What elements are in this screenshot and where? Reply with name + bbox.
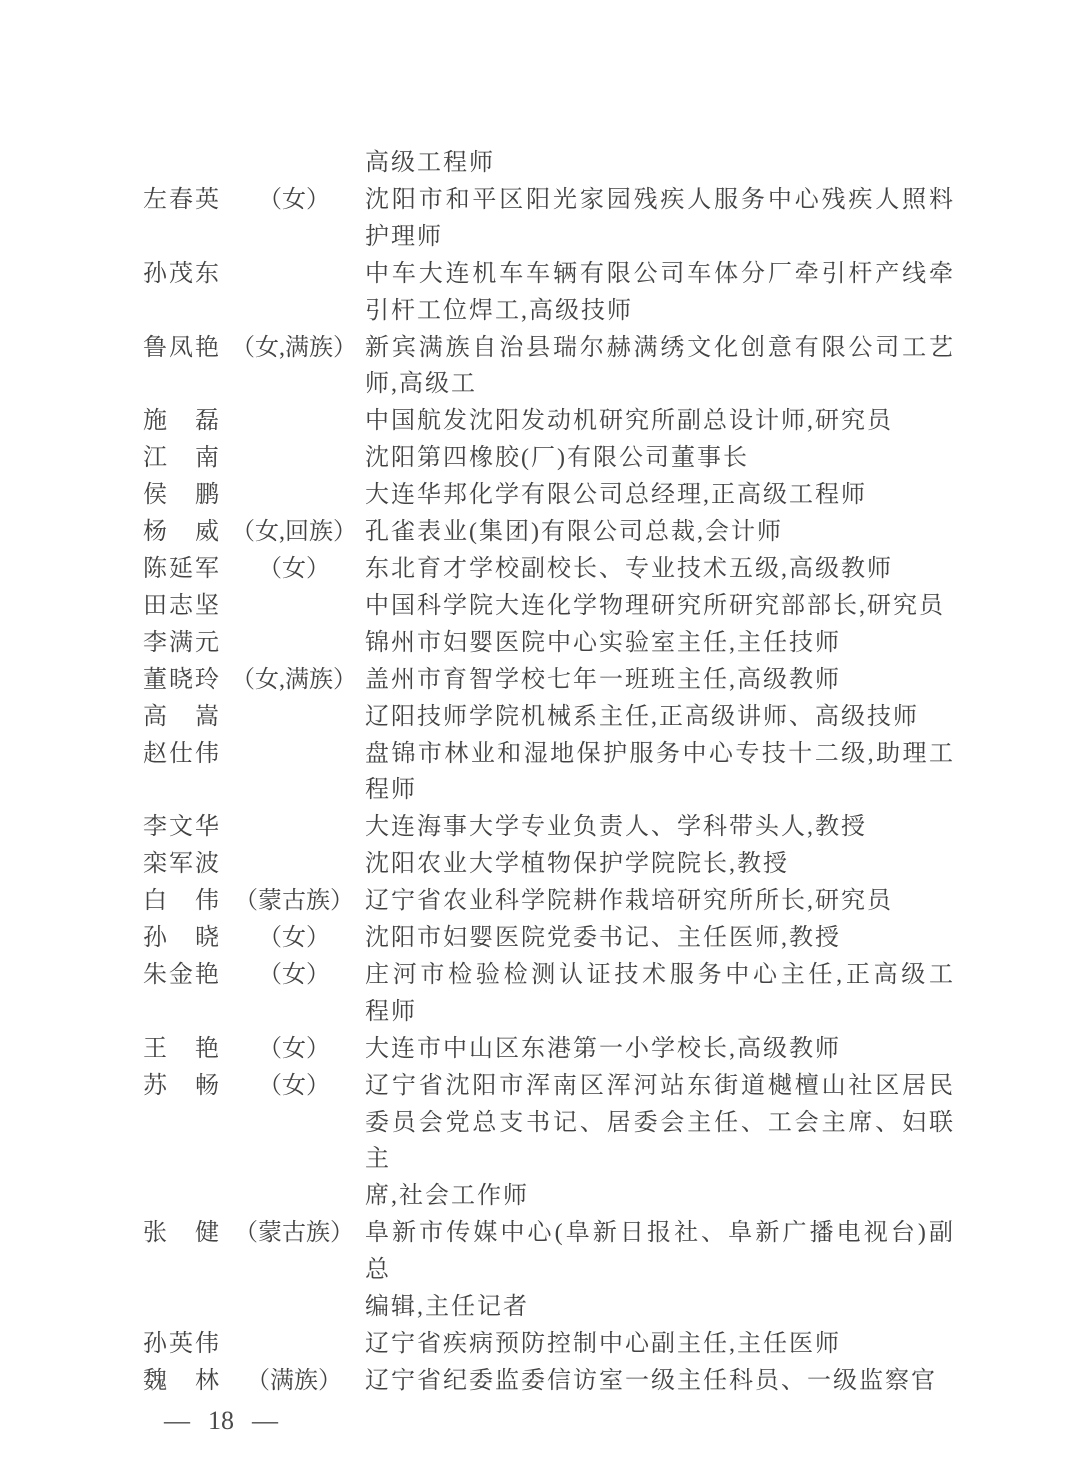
person-entry: 董晓玲（女,满族）盖州市育智学校七年一班班主任,高级教师 — [143, 662, 955, 699]
page-footer: — 18 — — [164, 1406, 960, 1436]
person-name: 田志坚 — [143, 588, 223, 625]
person-description: 孔雀表业(集团)有限公司总裁,会计师 — [365, 514, 955, 551]
person-description: 大连海事大学专业负责人、学科带头人,教授 — [365, 809, 955, 846]
person-description-line: 沈阳第四橡胶(厂)有限公司董事长 — [365, 440, 955, 477]
person-description: 沈阳农业大学植物保护学院院长,教授 — [365, 846, 955, 883]
person-name: 侯 鹏 — [143, 477, 223, 514]
person-description: 沈阳第四橡胶(厂)有限公司董事长 — [365, 440, 955, 477]
person-entry: 孙英伟辽宁省疾病预防控制中心副主任,主任医师 — [143, 1326, 955, 1363]
person-description-line: 东北育才学校副校长、专业技术五级,高级教师 — [365, 551, 955, 588]
person-annotation: （女,满族） — [223, 330, 365, 367]
person-description-line: 辽宁省农业科学院耕作栽培研究所所长,研究员 — [365, 883, 955, 920]
person-description: 沈阳市妇婴医院党委书记、主任医师,教授 — [365, 920, 955, 957]
person-description-line: 席,社会工作师 — [365, 1178, 955, 1215]
person-annotation: （蒙古族） — [223, 883, 365, 920]
person-name: 左春英 — [143, 182, 223, 219]
person-name: 魏 林 — [143, 1363, 223, 1400]
footer-dash-right: — — [252, 1406, 278, 1436]
person-description-line: 引杆工位焊工,高级技师 — [365, 293, 955, 330]
person-description-line: 孔雀表业(集团)有限公司总裁,会计师 — [365, 514, 955, 551]
person-description: 庄河市检验检测认证技术服务中心主任,正高级工程师 — [365, 957, 955, 1031]
person-description-line: 程师 — [365, 772, 955, 809]
person-entry: 高 嵩辽阳技师学院机械系主任,正高级讲师、高级技师 — [143, 699, 955, 736]
person-entry: 赵仕伟盘锦市林业和湿地保护服务中心专技十二级,助理工程师 — [143, 736, 955, 810]
person-name: 张 健 — [143, 1215, 223, 1252]
person-description: 中国科学院大连化学物理研究所研究部部长,研究员 — [365, 588, 955, 625]
person-entry: 田志坚中国科学院大连化学物理研究所研究部部长,研究员 — [143, 588, 955, 625]
person-description: 盖州市育智学校七年一班班主任,高级教师 — [365, 662, 955, 699]
person-description-line: 大连市中山区东港第一小学校长,高级教师 — [365, 1031, 955, 1068]
footer-dash-left: — — [164, 1406, 190, 1436]
person-description: 辽宁省纪委监委信访室一级主任科员、一级监察官 — [365, 1363, 955, 1400]
person-name: 赵仕伟 — [143, 736, 223, 773]
person-name: 栾军波 — [143, 846, 223, 883]
person-description-line: 庄河市检验检测认证技术服务中心主任,正高级工 — [365, 957, 955, 994]
person-name: 朱金艳 — [143, 957, 223, 994]
person-entry: 苏 畅（女）辽宁省沈阳市浑南区浑河站东街道樾檀山社区居民委员会党总支书记、居委会… — [143, 1068, 955, 1216]
person-annotation: （女,满族） — [223, 662, 365, 699]
person-entry: 白 伟（蒙古族）辽宁省农业科学院耕作栽培研究所所长,研究员 — [143, 883, 955, 920]
person-name: 王 艳 — [143, 1031, 223, 1068]
person-description-line: 程师 — [365, 994, 955, 1031]
person-description-line: 阜新市传媒中心(阜新日报社、阜新广播电视台)副总 — [365, 1215, 955, 1289]
person-description-line: 委员会党总支书记、居委会主任、工会主席、妇联主 — [365, 1105, 955, 1179]
person-annotation: （女） — [223, 920, 365, 957]
person-annotation: （女） — [223, 1031, 365, 1068]
person-name: 孙英伟 — [143, 1326, 223, 1363]
person-entry: 杨 威（女,回族）孔雀表业(集团)有限公司总裁,会计师 — [143, 514, 955, 551]
person-description: 阜新市传媒中心(阜新日报社、阜新广播电视台)副总编辑,主任记者 — [365, 1215, 955, 1326]
person-entry: 王 艳（女）大连市中山区东港第一小学校长,高级教师 — [143, 1031, 955, 1068]
person-entry: 魏 林（满族）辽宁省纪委监委信访室一级主任科员、一级监察官 — [143, 1363, 955, 1400]
person-entry: 侯 鹏大连华邦化学有限公司总经理,正高级工程师 — [143, 477, 955, 514]
person-description: 新宾满族自治县瑞尔赫满绣文化创意有限公司工艺师,高级工 — [365, 330, 955, 404]
person-name: 施 磊 — [143, 403, 223, 440]
person-annotation: （女,回族） — [223, 514, 365, 551]
person-entry: 李满元锦州市妇婴医院中心实验室主任,主任技师 — [143, 625, 955, 662]
person-entry: 施 磊中国航发沈阳发动机研究所副总设计师,研究员 — [143, 403, 955, 440]
person-description-line: 新宾满族自治县瑞尔赫满绣文化创意有限公司工艺 — [365, 330, 955, 367]
person-description-line: 辽宁省疾病预防控制中心副主任,主任医师 — [365, 1326, 955, 1363]
person-annotation: （女） — [223, 551, 365, 588]
person-name: 高 嵩 — [143, 699, 223, 736]
person-annotation: （女） — [223, 957, 365, 994]
person-description-line: 辽宁省纪委监委信访室一级主任科员、一级监察官 — [365, 1363, 955, 1400]
person-name: 白 伟 — [143, 883, 223, 920]
person-description-line: 中车大连机车车辆有限公司车体分厂牵引杆产线牵 — [365, 256, 955, 293]
person-description-line: 大连华邦化学有限公司总经理,正高级工程师 — [365, 477, 955, 514]
person-description-line: 沈阳市和平区阳光家园残疾人服务中心残疾人照料 — [365, 182, 955, 219]
person-description-line: 锦州市妇婴医院中心实验室主任,主任技师 — [365, 625, 955, 662]
document-page: 高级工程师左春英（女）沈阳市和平区阳光家园残疾人服务中心残疾人照料护理师孙茂东中… — [0, 0, 1080, 1475]
person-description-line: 沈阳农业大学植物保护学院院长,教授 — [365, 846, 955, 883]
person-entry: 江 南沈阳第四橡胶(厂)有限公司董事长 — [143, 440, 955, 477]
person-name: 李文华 — [143, 809, 223, 846]
person-description: 锦州市妇婴医院中心实验室主任,主任技师 — [365, 625, 955, 662]
person-entry: 陈延军（女）东北育才学校副校长、专业技术五级,高级教师 — [143, 551, 955, 588]
person-description: 沈阳市和平区阳光家园残疾人服务中心残疾人照料护理师 — [365, 182, 955, 256]
person-description: 盘锦市林业和湿地保护服务中心专技十二级,助理工程师 — [365, 736, 955, 810]
person-description: 东北育才学校副校长、专业技术五级,高级教师 — [365, 551, 955, 588]
person-entry: 朱金艳（女）庄河市检验检测认证技术服务中心主任,正高级工程师 — [143, 957, 955, 1031]
person-name: 苏 畅 — [143, 1068, 223, 1105]
person-description: 高级工程师 — [365, 145, 955, 182]
person-description: 辽宁省农业科学院耕作栽培研究所所长,研究员 — [365, 883, 955, 920]
person-entry: 孙 晓（女）沈阳市妇婴医院党委书记、主任医师,教授 — [143, 920, 955, 957]
person-name: 江 南 — [143, 440, 223, 477]
person-description-line: 中国科学院大连化学物理研究所研究部部长,研究员 — [365, 588, 955, 625]
person-description-line: 大连海事大学专业负责人、学科带头人,教授 — [365, 809, 955, 846]
person-description: 辽宁省沈阳市浑南区浑河站东街道樾檀山社区居民委员会党总支书记、居委会主任、工会主… — [365, 1068, 955, 1216]
person-entry: 李文华大连海事大学专业负责人、学科带头人,教授 — [143, 809, 955, 846]
entry-list: 高级工程师左春英（女）沈阳市和平区阳光家园残疾人服务中心残疾人照料护理师孙茂东中… — [143, 145, 955, 1400]
person-description-line: 辽宁省沈阳市浑南区浑河站东街道樾檀山社区居民 — [365, 1068, 955, 1105]
person-description: 辽宁省疾病预防控制中心副主任,主任医师 — [365, 1326, 955, 1363]
person-description-line: 师,高级工 — [365, 366, 955, 403]
person-description: 中车大连机车车辆有限公司车体分厂牵引杆产线牵引杆工位焊工,高级技师 — [365, 256, 955, 330]
person-description-line: 护理师 — [365, 219, 955, 256]
person-name: 李满元 — [143, 625, 223, 662]
person-name: 陈延军 — [143, 551, 223, 588]
person-entry: 孙茂东中车大连机车车辆有限公司车体分厂牵引杆产线牵引杆工位焊工,高级技师 — [143, 256, 955, 330]
person-description-line: 盘锦市林业和湿地保护服务中心专技十二级,助理工 — [365, 736, 955, 773]
person-name: 鲁凤艳 — [143, 330, 223, 367]
person-description-line: 辽阳技师学院机械系主任,正高级讲师、高级技师 — [365, 699, 955, 736]
person-entry: 鲁凤艳（女,满族）新宾满族自治县瑞尔赫满绣文化创意有限公司工艺师,高级工 — [143, 330, 955, 404]
person-description-line: 中国航发沈阳发动机研究所副总设计师,研究员 — [365, 403, 955, 440]
person-entry: 栾军波沈阳农业大学植物保护学院院长,教授 — [143, 846, 955, 883]
person-entry: 张 健（蒙古族）阜新市传媒中心(阜新日报社、阜新广播电视台)副总编辑,主任记者 — [143, 1215, 955, 1326]
person-name: 孙茂东 — [143, 256, 223, 293]
person-description: 中国航发沈阳发动机研究所副总设计师,研究员 — [365, 403, 955, 440]
person-annotation: （蒙古族） — [223, 1215, 365, 1252]
person-annotation: （女） — [223, 182, 365, 219]
person-annotation: （女） — [223, 1068, 365, 1105]
person-description-line: 高级工程师 — [365, 145, 955, 182]
person-description-line: 编辑,主任记者 — [365, 1289, 955, 1326]
person-description: 辽阳技师学院机械系主任,正高级讲师、高级技师 — [365, 699, 955, 736]
person-entry: 左春英（女）沈阳市和平区阳光家园残疾人服务中心残疾人照料护理师 — [143, 182, 955, 256]
person-entry: 高级工程师 — [143, 145, 955, 182]
person-name: 董晓玲 — [143, 662, 223, 699]
person-name: 杨 威 — [143, 514, 223, 551]
page-number: 18 — [208, 1406, 234, 1436]
person-description-line: 沈阳市妇婴医院党委书记、主任医师,教授 — [365, 920, 955, 957]
person-description-line: 盖州市育智学校七年一班班主任,高级教师 — [365, 662, 955, 699]
person-description: 大连市中山区东港第一小学校长,高级教师 — [365, 1031, 955, 1068]
person-description: 大连华邦化学有限公司总经理,正高级工程师 — [365, 477, 955, 514]
person-annotation: （满族） — [223, 1363, 365, 1400]
person-name: 孙 晓 — [143, 920, 223, 957]
